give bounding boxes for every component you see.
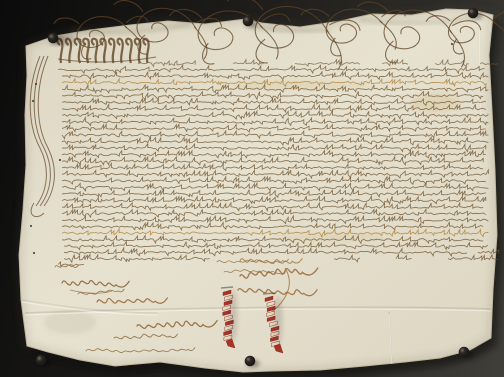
- manuscript-photograph: [0, 0, 504, 377]
- photo-board: [0, 0, 504, 377]
